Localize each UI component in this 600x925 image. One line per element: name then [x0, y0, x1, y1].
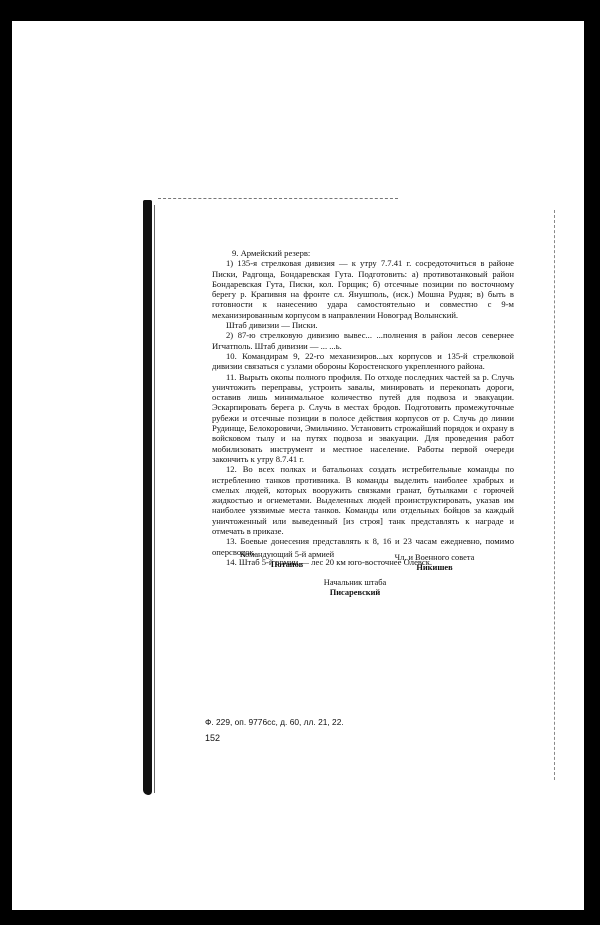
paragraph: 2) 87-ю стрелковую дивизию вывес... ...п…: [212, 330, 514, 351]
paragraph: 12. Во всех полках и батальонах создать …: [212, 464, 514, 536]
paragraph: 11. Вырыть окопы полного профиля. По отх…: [212, 372, 514, 465]
signature-council-member: Чл. и Военного совета Никишев: [382, 553, 487, 573]
paragraph-heading: 9. Армейский резерв:: [212, 248, 514, 258]
signature-title: Начальник штаба: [310, 578, 400, 588]
page-number: 152: [205, 733, 220, 743]
signature-title: Чл. и Военного совета: [382, 553, 487, 563]
paragraph: Штаб дивизии — Писки.: [212, 320, 514, 330]
signature-chief-of-staff: Начальник штаба Писаревский: [310, 578, 400, 598]
paragraph: 10. Командирам 9, 22-го механизиров...ых…: [212, 351, 514, 372]
signature-name: Писаревский: [310, 588, 400, 598]
signature-commander: Командующий 5-й армией Потапов: [232, 550, 342, 570]
copy-edge-top: [158, 198, 398, 199]
signature-title: Командующий 5-й армией: [232, 550, 342, 560]
signature-name: Никишев: [382, 563, 487, 573]
document-body: 9. Армейский резерв: 1) 135-я стрелковая…: [212, 248, 514, 567]
signature-name: Потапов: [232, 560, 342, 570]
page-fold-line: [154, 205, 155, 793]
copy-edge-right: [554, 210, 555, 780]
archive-reference: Ф. 229, оп. 9776сс, д. 60, лл. 21, 22.: [205, 717, 344, 727]
page-fold-shadow: [143, 200, 152, 795]
paragraph: 1) 135-я стрелковая дивизия — к утру 7.7…: [212, 258, 514, 320]
